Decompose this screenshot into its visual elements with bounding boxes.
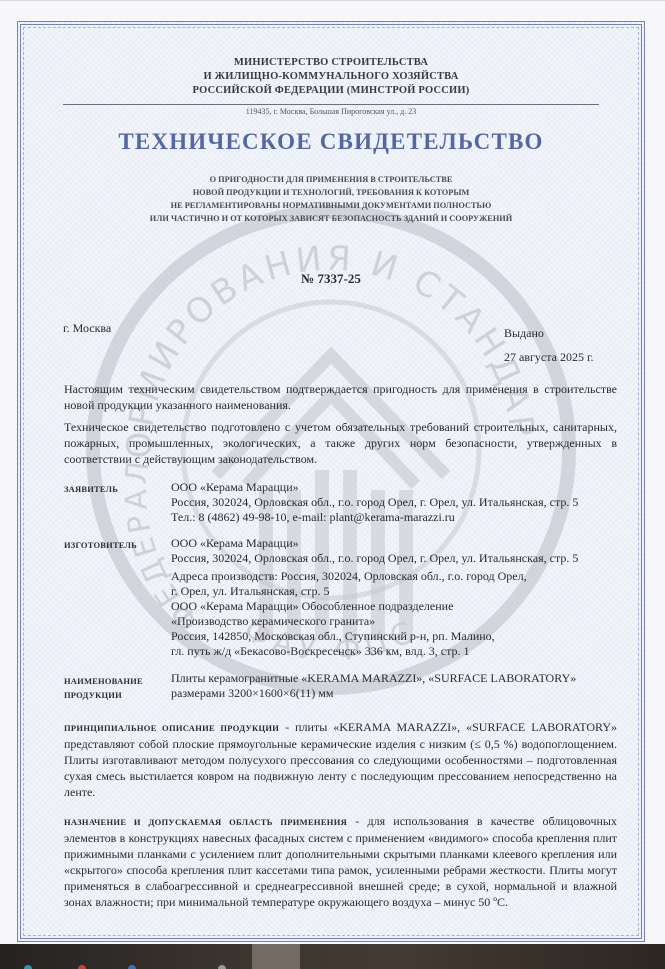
document-page: ЦЕНТР НОРМИРОВАНИЯ И СТАНДАРТИЗАЦИИ ФЕДЕ… [0,0,665,945]
product-label: НАИМЕНОВАНИЕ ПРОДУКЦИИ [64,674,164,702]
issue-city: г. Москва [63,321,111,336]
product-label-line: ПРОДУКЦИИ [64,688,164,702]
taskbar-app-icon[interactable] [24,965,32,969]
issued-date: 27 августа 2025 г. [504,345,594,369]
ministry-line: МИНИСТЕРСТВО СТРОИТЕЛЬСТВА [21,56,641,70]
manufacturer-details: ООО «Керама Марацци» Россия, 302024, Орл… [171,536,631,659]
manufacturer-label: ИЗГОТОВИТЕЛЬ [64,538,164,552]
header-divider [63,104,599,105]
applicant-details: ООО «Керама Марацци» Россия, 302024, Орл… [171,480,631,525]
subtitle-line: НОВОЙ ПРОДУКЦИИ И ТЕХНОЛОГИЙ, ТРЕБОВАНИЯ… [21,186,641,199]
issue-block: Выдано 27 августа 2025 г. [504,321,594,369]
subtitle-line: ИЛИ ЧАСТИЧНО И ОТ КОТОРЫХ ЗАВИСЯТ БЕЗОПА… [21,212,641,225]
production-address-line: Россия, 142850, Московская обл., Ступинс… [171,629,631,644]
purpose-text: - для использования в качестве облицовоч… [64,814,617,909]
ministry-address: 119435, г. Москва, Большая Пироговская у… [21,107,641,116]
production-address-line: Адреса производств: Россия, 302024, Орло… [171,569,631,584]
subtitle-line: О ПРИГОДНОСТИ ДЛЯ ПРИМЕНЕНИЯ В СТРОИТЕЛЬ… [21,173,641,186]
applicant-address: Россия, 302024, Орловская обл., г.о. гор… [171,495,631,510]
certificate-frame: ЦЕНТР НОРМИРОВАНИЯ И СТАНДАРТИЗАЦИИ ФЕДЕ… [17,21,645,942]
taskbar [0,944,665,969]
subtitle-line: НЕ РЕГЛАМЕНТИРОВАНЫ НОРМАТИВНЫМИ ДОКУМЕН… [21,199,641,212]
manufacturer-address: Россия, 302024, Орловская обл., г.о. гор… [171,551,631,566]
applicant-contacts: Тел.: 8 (4862) 49-98-10, e-mail: plant@k… [171,510,631,525]
issued-label: Выдано [504,321,594,345]
taskbar-app-icon[interactable] [218,965,226,969]
taskbar-active-app[interactable] [252,944,300,969]
intro-paragraph: Техническое свидетельство подготовлено с… [64,419,617,467]
purpose-heading: НАЗНАЧЕНИЕ И ДОПУСКАЕМАЯ ОБЛАСТЬ ПРИМЕНЕ… [64,817,347,827]
taskbar-app-icon[interactable] [78,965,86,969]
applicant-name: ООО «Керама Марацци» [171,480,631,495]
ministry-line: РОССИЙСКОЙ ФЕДЕРАЦИИ (МИНСТРОЙ РОССИИ) [21,84,641,98]
product-name: Плиты керамогранитные «KERAMA MARAZZI», … [171,671,631,686]
applicant-label: ЗАЯВИТЕЛЬ [64,482,164,496]
document-subtitle: О ПРИГОДНОСТИ ДЛЯ ПРИМЕНЕНИЯ В СТРОИТЕЛЬ… [21,173,641,225]
certificate-number: № 7337-25 [21,271,641,287]
product-dimensions: размерами 3200×1600×6(11) мм [171,686,631,701]
production-address-line: ООО «Керама Марацци» Обособленное подраз… [171,599,631,614]
manufacturer-name: ООО «Керама Марацци» [171,536,631,551]
taskbar-app-icon[interactable] [128,965,136,969]
ministry-name: МИНИСТЕРСТВО СТРОИТЕЛЬСТВА И ЖИЛИЩНО-КОМ… [21,56,641,98]
production-address-line: г. Орел, ул. Итальянская, стр. 5 [171,584,631,599]
document-title: ТЕХНИЧЕСКОЕ СВИДЕТЕЛЬСТВО [21,129,641,155]
product-purpose: НАЗНАЧЕНИЕ И ДОПУСКАЕМАЯ ОБЛАСТЬ ПРИМЕНЕ… [64,813,617,910]
product-description: ПРИНЦИПИАЛЬНОЕ ОПИСАНИЕ ПРОДУКЦИИ - плит… [64,719,617,800]
product-details: Плиты керамогранитные «KERAMA MARAZZI», … [171,671,631,701]
intro-paragraph: Настоящим техническим свидетельством под… [64,381,617,413]
ministry-line: И ЖИЛИЩНО-КОММУНАЛЬНОГО ХОЗЯЙСТВА [21,70,641,84]
product-label-line: НАИМЕНОВАНИЕ [64,674,164,688]
production-address-line: гл. путь ж/д «Бекасово-Воскресенск» 336 … [171,644,631,659]
description-heading: ПРИНЦИПИАЛЬНОЕ ОПИСАНИЕ ПРОДУКЦИИ [64,723,279,733]
production-address-line: «Производство керамического гранита» [171,614,631,629]
